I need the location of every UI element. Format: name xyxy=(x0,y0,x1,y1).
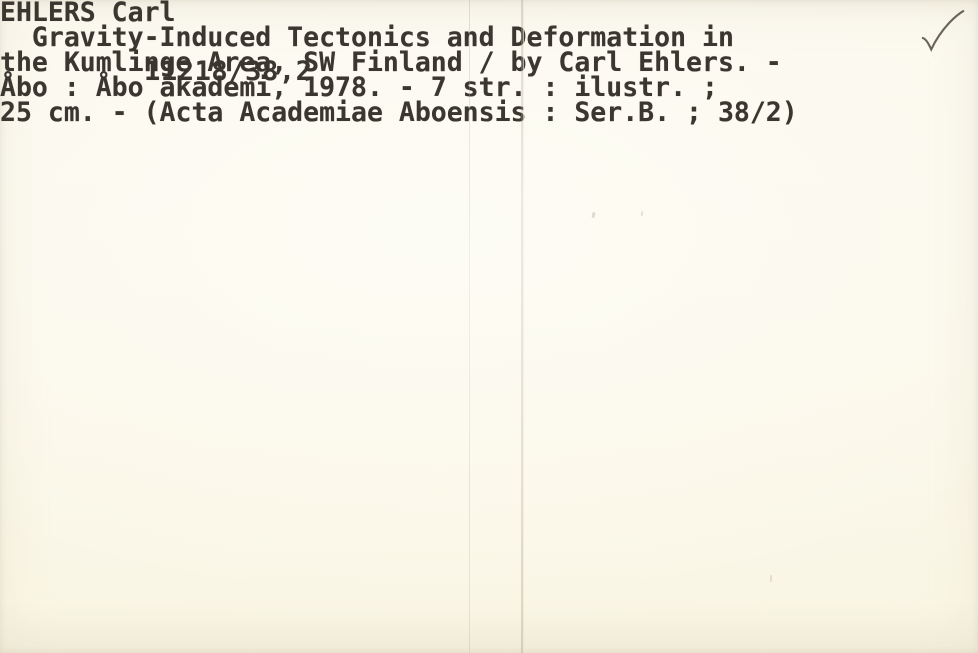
call-number: 11218/38,2 xyxy=(144,58,313,85)
checkmark-icon xyxy=(916,8,969,63)
scan-speck xyxy=(770,575,772,582)
catalog-card: 11218/38,2 EHLERS Carl Gravity-Induced T… xyxy=(0,0,978,653)
entry-series-line: 25 cm. - (Acta Academiae Aboensis : Ser.… xyxy=(0,100,978,125)
scan-speck xyxy=(641,211,644,216)
scan-speck xyxy=(591,212,595,218)
